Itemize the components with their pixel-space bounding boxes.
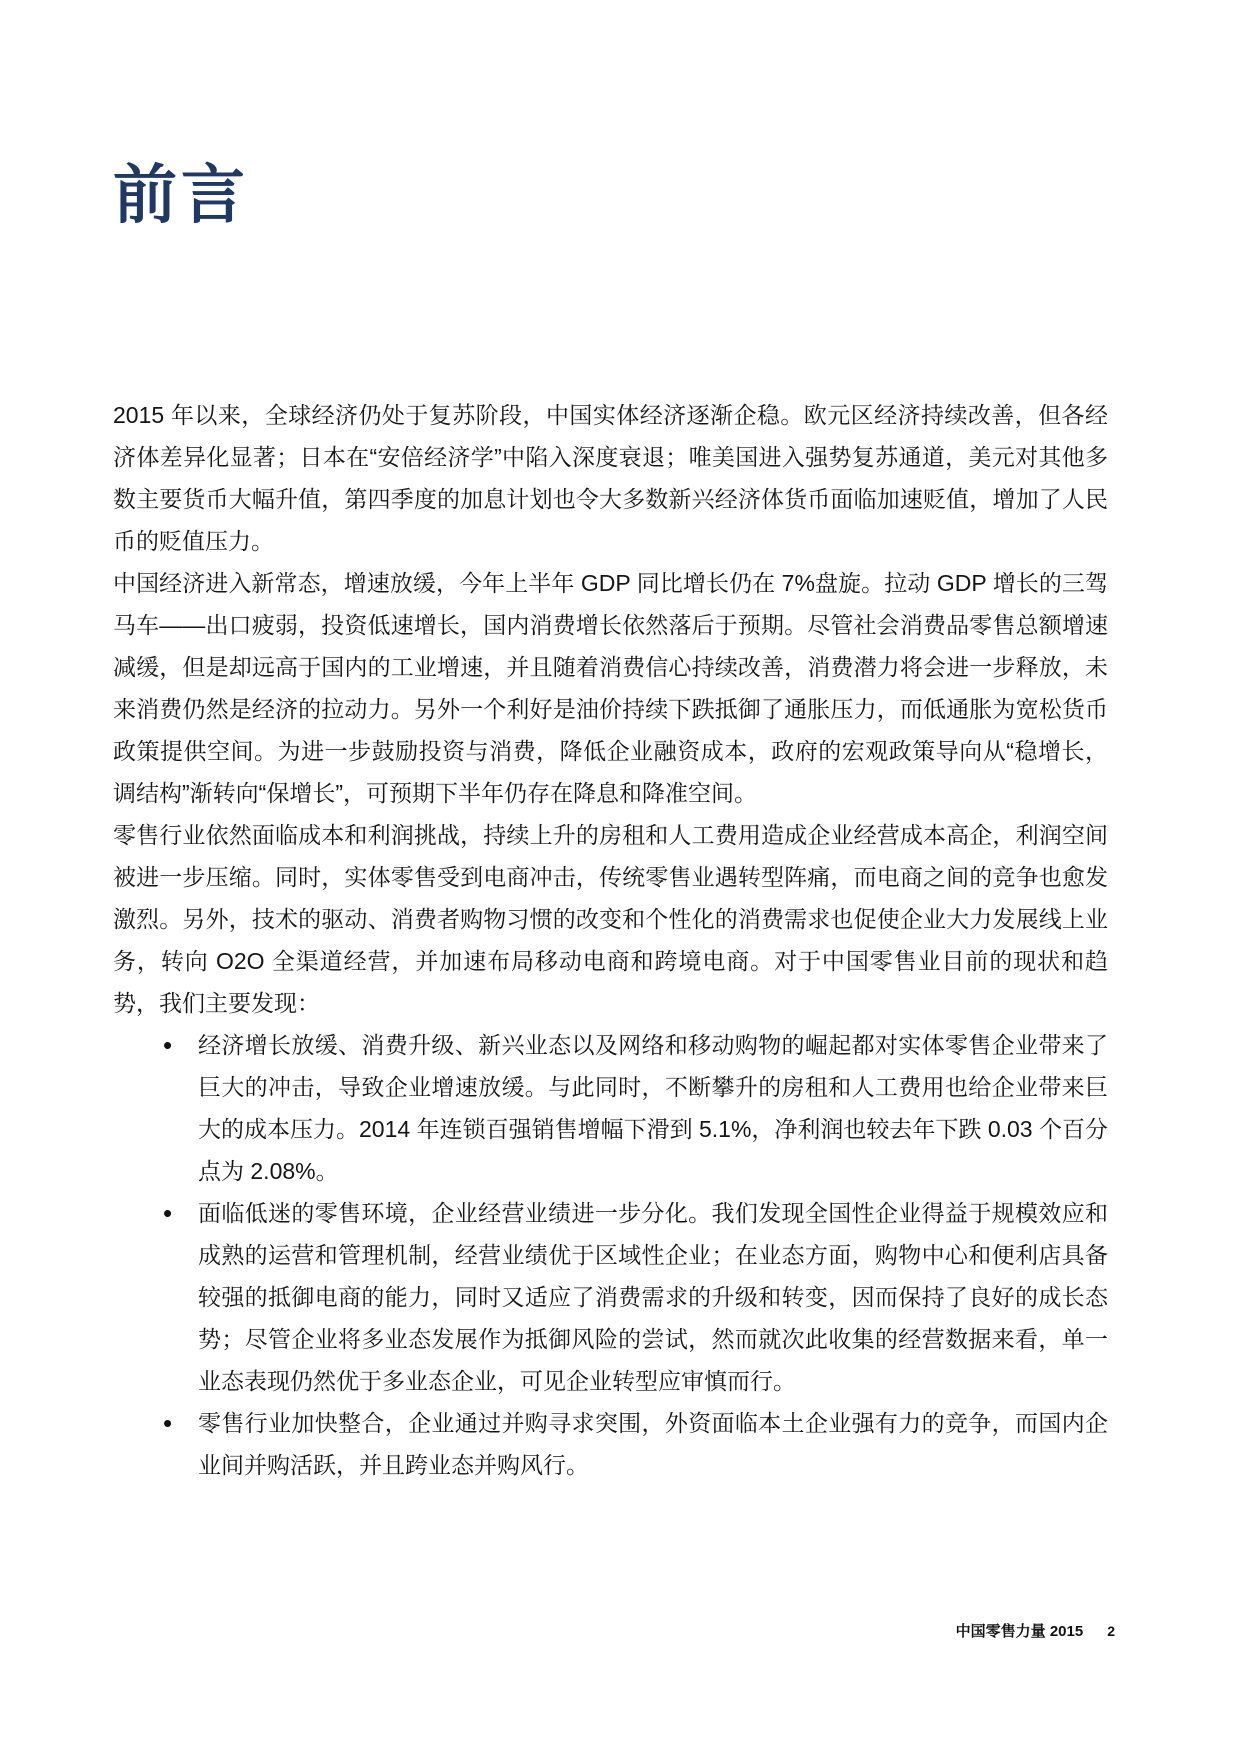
paragraph-global-economy: 2015 年以来，全球经济仍处于复苏阶段，中国实体经济逐渐企稳。欧元区经济持续改… (113, 394, 1108, 562)
finding-growth-slowdown-text: 经济增长放缓、消费升级、新兴业态以及网络和移动购物的崛起都对实体零售企业带来了巨… (198, 1032, 1108, 1184)
paragraph-retail-industry: 零售行业依然面临成本和利润挑战，持续上升的房租和人工费用造成企业经营成本高企，利… (113, 814, 1108, 1024)
body-text-block: 2015 年以来，全球经济仍处于复苏阶段，中国实体经济逐渐企稳。欧元区经济持续改… (113, 394, 1108, 1486)
footer-page-number: 2 (1107, 1620, 1115, 1642)
footer-report-title: 中国零售力量 2015 (956, 1623, 1084, 1640)
paragraph-china-economy: 中国经济进入新常态，增速放缓，今年上半年 GDP 同比增长仍在 7%盘旋。拉动 … (113, 562, 1108, 814)
page-footer: 中国零售力量 20152 (113, 1620, 1115, 1643)
document-page: 前言 2015 年以来，全球经济仍处于复苏阶段，中国实体经济逐渐企稳。欧元区经济… (0, 0, 1240, 1754)
page-title: 前言 (113, 160, 249, 230)
list-item: 经济增长放缓、消费升级、新兴业态以及网络和移动购物的崛起都对实体零售企业带来了巨… (113, 1024, 1108, 1192)
finding-consolidation-text: 零售行业加快整合，企业通过并购寻求突围，外资面临本土企业强有力的竞争，而国内企业… (198, 1410, 1108, 1478)
list-item: 零售行业加快整合，企业通过并购寻求突围，外资面临本土企业强有力的竞争，而国内企业… (113, 1402, 1108, 1486)
finding-performance-divergence-text: 面临低迷的零售环境，企业经营业绩进一步分化。我们发现全国性企业得益于规模效应和成… (198, 1200, 1108, 1394)
key-findings-list: 经济增长放缓、消费升级、新兴业态以及网络和移动购物的崛起都对实体零售企业带来了巨… (113, 1024, 1108, 1486)
list-item: 面临低迷的零售环境，企业经营业绩进一步分化。我们发现全国性企业得益于规模效应和成… (113, 1192, 1108, 1402)
